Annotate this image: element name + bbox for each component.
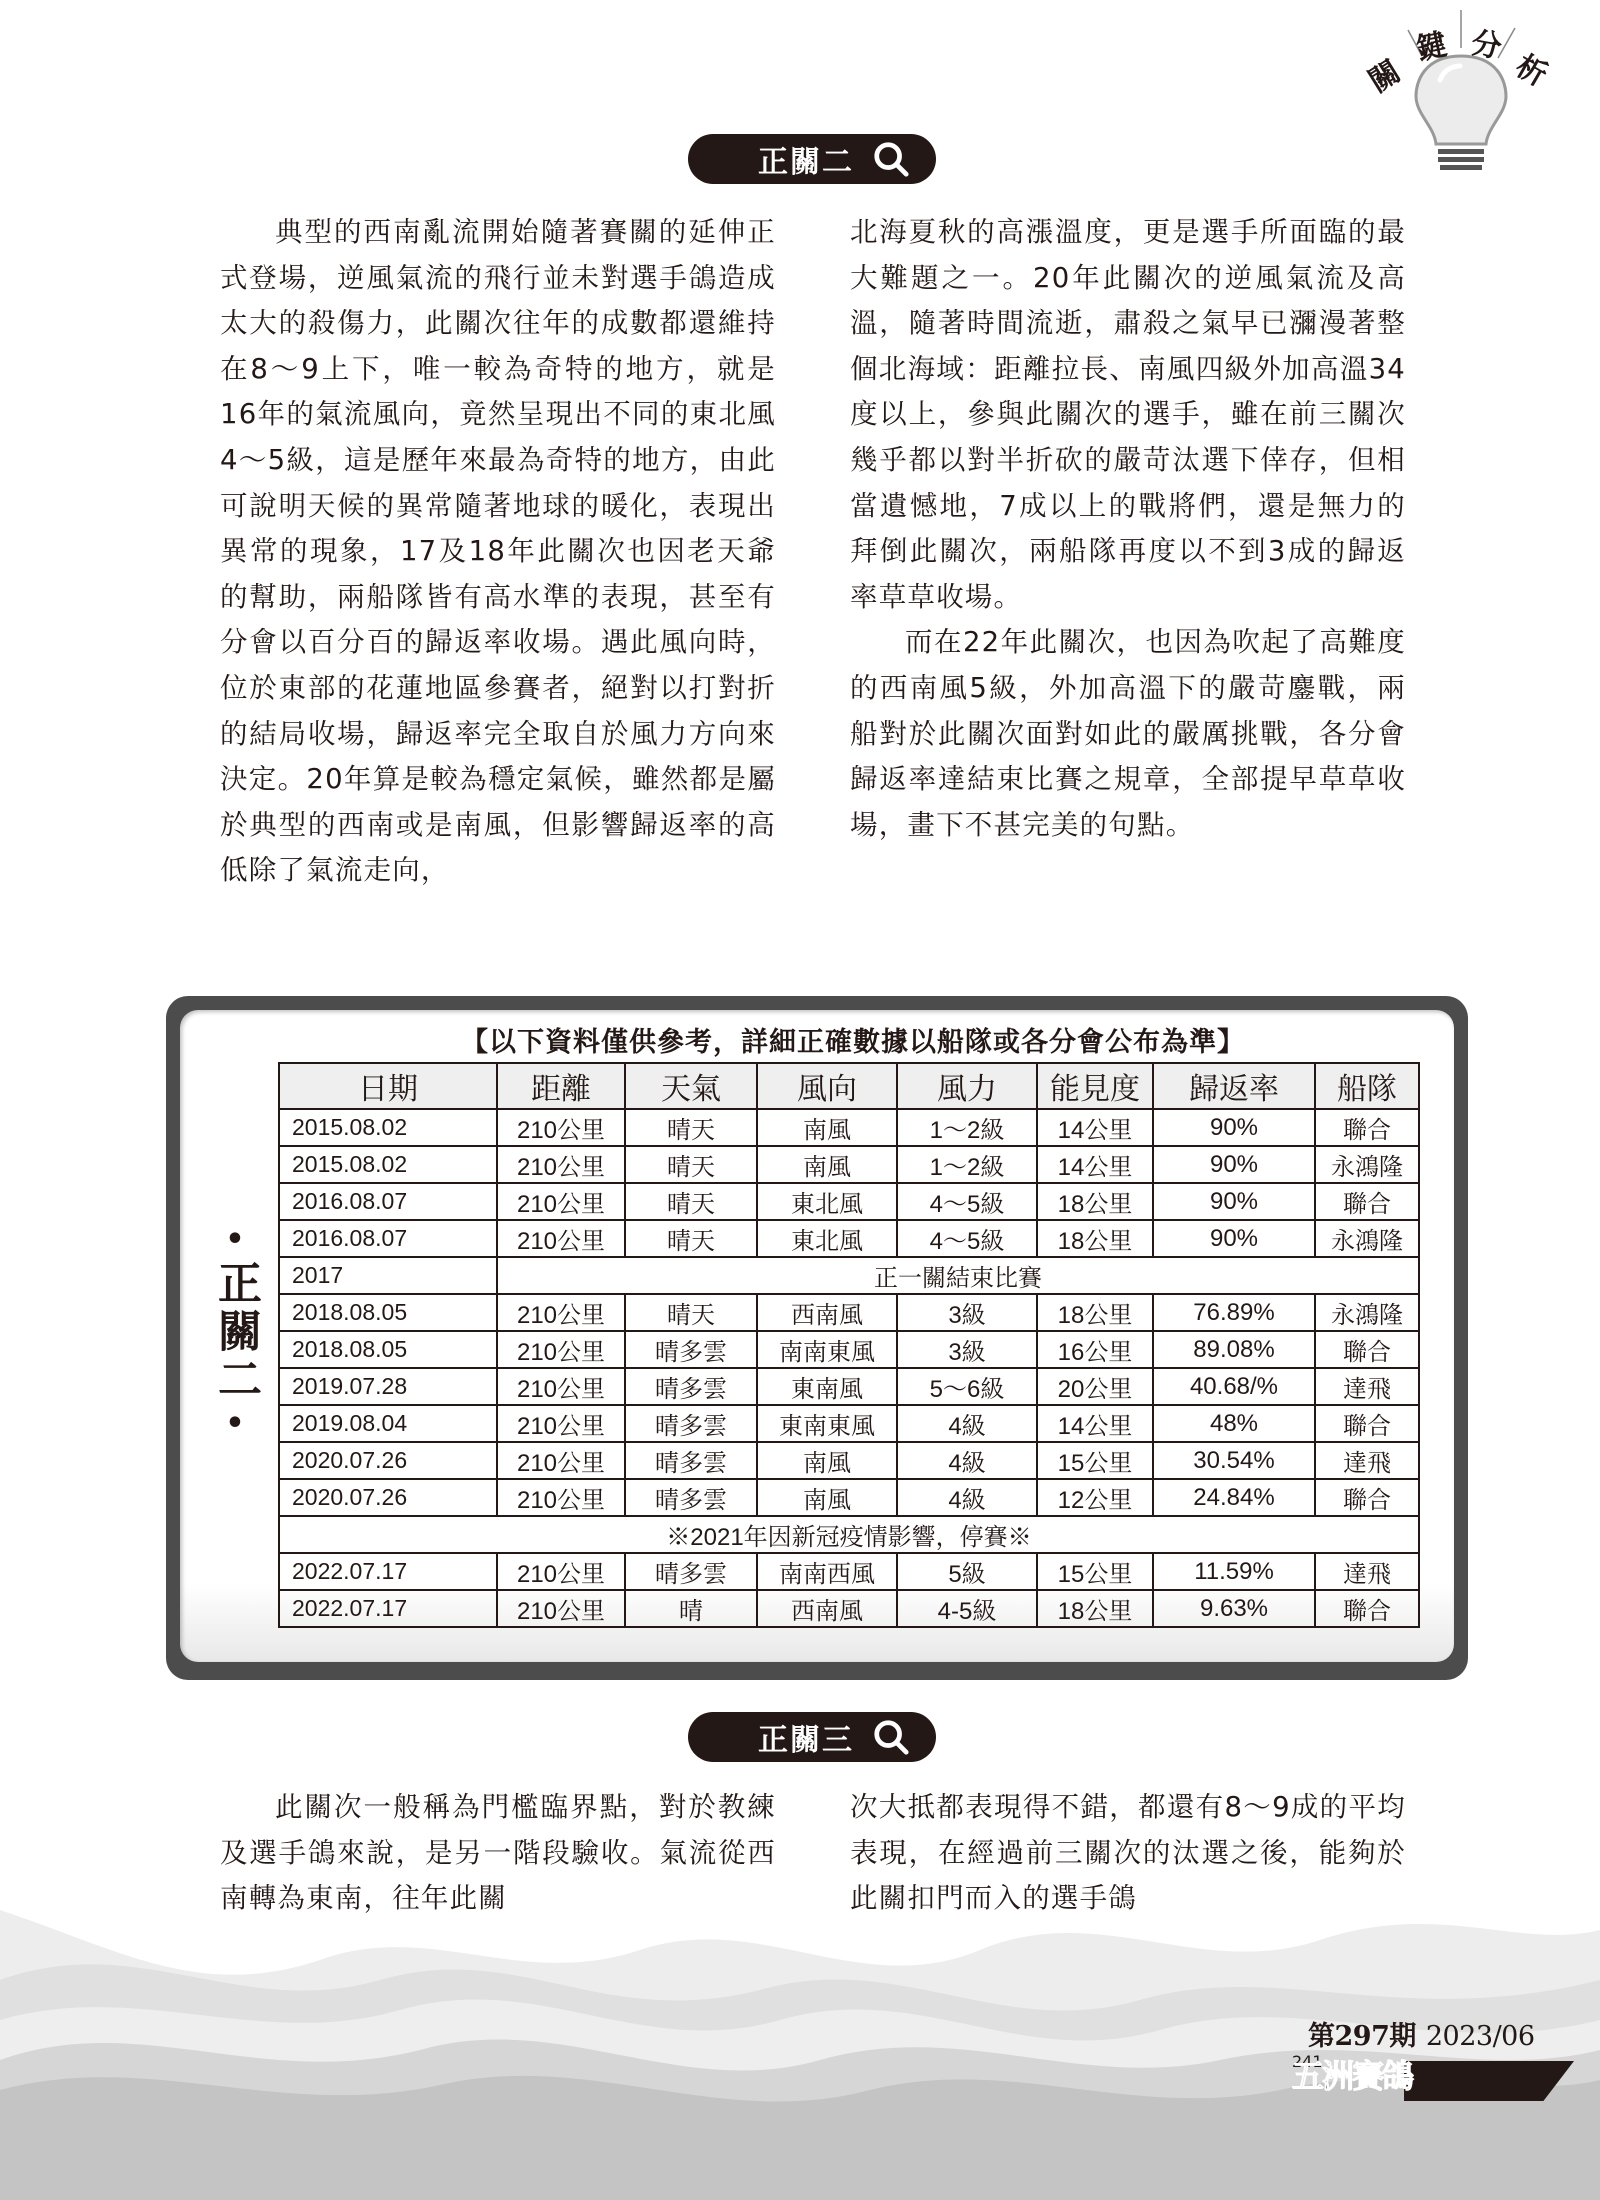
table-row: 2019.07.28210公里晴多雲東南風5～6級20公里40.68/%達飛 <box>279 1368 1419 1405</box>
cell-wind-direction: 南風 <box>757 1146 897 1183</box>
cell-visibility: 18公里 <box>1037 1183 1153 1220</box>
cell-return-rate: 90% <box>1153 1183 1315 1220</box>
section-title: 正關二 <box>758 137 854 181</box>
cell-visibility: 18公里 <box>1037 1590 1153 1627</box>
table-row: 2018.08.05210公里晴多雲南南東風3級16公里89.08%聯合 <box>279 1331 1419 1368</box>
cell-date: 2022.07.17 <box>279 1590 497 1627</box>
cell-date: 2022.07.17 <box>279 1553 497 1590</box>
table-row: 2018.08.05210公里晴天西南風3級18公里76.89%永鴻隆 <box>279 1294 1419 1331</box>
cell-return-rate: 48% <box>1153 1405 1315 1442</box>
cell-return-rate: 24.84% <box>1153 1479 1315 1516</box>
cell-return-rate: 30.54% <box>1153 1442 1315 1479</box>
section-title: 正關三 <box>758 1715 854 1759</box>
cell-date: 2015.08.02 <box>279 1146 497 1183</box>
cell-fleet: 聯合 <box>1315 1590 1419 1627</box>
magnifier-icon <box>872 1718 910 1756</box>
cell-visibility: 20公里 <box>1037 1368 1153 1405</box>
col-header-wind-force: 風力 <box>897 1063 1037 1109</box>
table-row: 2022.07.17210公里晴西南風4-5級18公里9.63%聯合 <box>279 1590 1419 1627</box>
cell-distance: 210公里 <box>497 1220 625 1257</box>
cell-distance: 210公里 <box>497 1294 625 1331</box>
cell-return-rate: 89.08% <box>1153 1331 1315 1368</box>
cell-wind-force: 4級 <box>897 1405 1037 1442</box>
cell-wind-force: 4～5級 <box>897 1220 1037 1257</box>
cell-date: 2016.08.07 <box>279 1220 497 1257</box>
cell-distance: 210公里 <box>497 1405 625 1442</box>
cell-distance: 210公里 <box>497 1442 625 1479</box>
cell-note: ※2021年因新冠疫情影響，停賽※ <box>279 1516 1419 1553</box>
cell-return-rate: 90% <box>1153 1220 1315 1257</box>
section2-left-column: 典型的西南亂流開始隨著賽關的延伸正式登場，逆風氣流的飛行並未對選手鴿造成太大的殺… <box>220 210 776 894</box>
cell-fleet: 聯合 <box>1315 1109 1419 1146</box>
section2-right-column: 北海夏秋的高漲溫度，更是選手所面臨的最大難題之一。20年此關次的逆風氣流及高溫，… <box>850 210 1406 848</box>
cell-weather: 晴天 <box>625 1146 757 1183</box>
cell-date: 2015.08.02 <box>279 1109 497 1146</box>
cell-wind-force: 1～2級 <box>897 1109 1037 1146</box>
cell-visibility: 15公里 <box>1037 1442 1153 1479</box>
cell-date: 2019.07.28 <box>279 1368 497 1405</box>
cell-fleet: 聯合 <box>1315 1183 1419 1220</box>
cell-fleet: 聯合 <box>1315 1331 1419 1368</box>
cell-fleet: 達飛 <box>1315 1553 1419 1590</box>
cell-wind-direction: 東北風 <box>757 1220 897 1257</box>
cell-weather: 晴多雲 <box>625 1442 757 1479</box>
page-number-box <box>1404 2061 1574 2101</box>
table-header-row: 日期 距離 天氣 風向 風力 能見度 歸返率 船隊 <box>279 1063 1419 1109</box>
cell-weather: 晴天 <box>625 1183 757 1220</box>
cell-distance: 210公里 <box>497 1109 625 1146</box>
issue-number: 第297期 <box>1308 2021 1416 2052</box>
cell-wind-force: 3級 <box>897 1331 1037 1368</box>
table-row: 2020.07.26210公里晴多雲南風4級15公里30.54%達飛 <box>279 1442 1419 1479</box>
table-row: 2017正一關結束比賽 <box>279 1257 1419 1294</box>
cell-distance: 210公里 <box>497 1183 625 1220</box>
cell-wind-direction: 南南東風 <box>757 1331 897 1368</box>
cell-weather: 晴天 <box>625 1294 757 1331</box>
table-row: 2019.08.04210公里晴多雲東南東風4級14公里48%聯合 <box>279 1405 1419 1442</box>
cell-weather: 晴多雲 <box>625 1368 757 1405</box>
cell-distance: 210公里 <box>497 1479 625 1516</box>
magnifier-icon <box>872 140 910 178</box>
cell-visibility: 18公里 <box>1037 1294 1153 1331</box>
cell-fleet: 聯合 <box>1315 1479 1419 1516</box>
cell-visibility: 15公里 <box>1037 1553 1153 1590</box>
table-row: 2022.07.17210公里晴多雲南南西風5級15公里11.59%達飛 <box>279 1553 1419 1590</box>
cell-fleet: 達飛 <box>1315 1442 1419 1479</box>
col-header-fleet: 船隊 <box>1315 1063 1419 1109</box>
cell-wind-force: 4～5級 <box>897 1183 1037 1220</box>
paragraph: 北海夏秋的高漲溫度，更是選手所面臨的最大難題之一。20年此關次的逆風氣流及高溫，… <box>850 210 1406 620</box>
cell-weather: 晴多雲 <box>625 1553 757 1590</box>
table-disclaimer: 【以下資料僅供參考，詳細正確數據以船隊或各分會公布為準】 <box>278 1020 1428 1059</box>
cell-distance: 210公里 <box>497 1553 625 1590</box>
cell-wind-force: 4-5級 <box>897 1590 1037 1627</box>
bullet-dot: • <box>225 1220 244 1260</box>
col-header-wind-direction: 風向 <box>757 1063 897 1109</box>
section-header-stage-3: 正關三 <box>688 1712 936 1762</box>
cell-wind-direction: 東北風 <box>757 1183 897 1220</box>
cell-visibility: 14公里 <box>1037 1146 1153 1183</box>
side-label-text: 正關二 <box>210 1260 260 1404</box>
paragraph: 而在22年此關次，也因為吹起了高難度的西南風5級，外加高溫下的嚴苛鏖戰，兩船對於… <box>850 620 1406 848</box>
cell-wind-direction: 南風 <box>757 1442 897 1479</box>
section-header-stage-2: 正關二 <box>688 134 936 184</box>
cell-date: 2018.08.05 <box>279 1331 497 1368</box>
cell-visibility: 14公里 <box>1037 1109 1153 1146</box>
cell-wind-force: 5級 <box>897 1553 1037 1590</box>
col-header-return-rate: 歸返率 <box>1153 1063 1315 1109</box>
cell-weather: 晴多雲 <box>625 1405 757 1442</box>
cell-date: 2017 <box>279 1257 497 1294</box>
cell-fleet: 永鴻隆 <box>1315 1294 1419 1331</box>
cell-return-rate: 11.59% <box>1153 1553 1315 1590</box>
col-header-date: 日期 <box>279 1063 497 1109</box>
cell-wind-direction: 南風 <box>757 1109 897 1146</box>
table-row: ※2021年因新冠疫情影響，停賽※ <box>279 1516 1419 1553</box>
cell-distance: 210公里 <box>497 1368 625 1405</box>
cell-wind-force: 1～2級 <box>897 1146 1037 1183</box>
bullet-dot: • <box>225 1404 244 1444</box>
cell-weather: 晴天 <box>625 1220 757 1257</box>
cell-note: 正一關結束比賽 <box>497 1257 1419 1294</box>
cell-fleet: 達飛 <box>1315 1368 1419 1405</box>
cell-return-rate: 76.89% <box>1153 1294 1315 1331</box>
cell-wind-direction: 東南東風 <box>757 1405 897 1442</box>
cell-visibility: 16公里 <box>1037 1331 1153 1368</box>
table-row: 2020.07.26210公里晴多雲南風4級12公里24.84%聯合 <box>279 1479 1419 1516</box>
cell-weather: 晴 <box>625 1590 757 1627</box>
table-row: 2016.08.07210公里晴天東北風4～5級18公里90%聯合 <box>279 1183 1419 1220</box>
cell-fleet: 永鴻隆 <box>1315 1146 1419 1183</box>
cell-fleet: 聯合 <box>1315 1405 1419 1442</box>
col-header-weather: 天氣 <box>625 1063 757 1109</box>
cell-distance: 210公里 <box>497 1590 625 1627</box>
cell-wind-direction: 西南風 <box>757 1294 897 1331</box>
cell-date: 2020.07.26 <box>279 1479 497 1516</box>
magazine-brand: 五洲賽鴿 <box>1292 2052 1574 2096</box>
cell-wind-direction: 西南風 <box>757 1590 897 1627</box>
cell-visibility: 12公里 <box>1037 1479 1153 1516</box>
cell-date: 2019.08.04 <box>279 1405 497 1442</box>
cell-visibility: 14公里 <box>1037 1405 1153 1442</box>
table-row: 2015.08.02210公里晴天南風1～2級14公里90%永鴻隆 <box>279 1146 1419 1183</box>
cell-date: 2016.08.07 <box>279 1183 497 1220</box>
cell-fleet: 永鴻隆 <box>1315 1220 1419 1257</box>
cell-weather: 晴多雲 <box>625 1331 757 1368</box>
cell-date: 2018.08.05 <box>279 1294 497 1331</box>
cell-return-rate: 90% <box>1153 1109 1315 1146</box>
race-results-table: 日期 距離 天氣 風向 風力 能見度 歸返率 船隊 2015.08.02210公… <box>278 1062 1420 1628</box>
col-header-visibility: 能見度 <box>1037 1063 1153 1109</box>
cell-wind-force: 3級 <box>897 1294 1037 1331</box>
cell-wind-direction: 南南西風 <box>757 1553 897 1590</box>
issue-info: 第297期2023/06 <box>1308 2014 1535 2053</box>
cell-wind-force: 4級 <box>897 1442 1037 1479</box>
cell-wind-force: 5～6級 <box>897 1368 1037 1405</box>
cell-visibility: 18公里 <box>1037 1220 1153 1257</box>
table-side-label: • 正關二 • <box>210 1220 260 1444</box>
col-header-distance: 距離 <box>497 1063 625 1109</box>
cell-return-rate: 40.68/% <box>1153 1368 1315 1405</box>
cell-return-rate: 90% <box>1153 1146 1315 1183</box>
paragraph: 典型的西南亂流開始隨著賽關的延伸正式登場，逆風氣流的飛行並未對選手鴿造成太大的殺… <box>220 210 776 894</box>
magazine-name: 五洲賽鴿 <box>1292 2051 1412 2097</box>
cell-distance: 210公里 <box>497 1331 625 1368</box>
cell-date: 2020.07.26 <box>279 1442 497 1479</box>
cell-wind-force: 4級 <box>897 1479 1037 1516</box>
cell-weather: 晴多雲 <box>625 1479 757 1516</box>
key-analysis-logo: 關 鍵 分 析 <box>1360 10 1560 170</box>
cell-wind-direction: 東南風 <box>757 1368 897 1405</box>
cell-wind-direction: 南風 <box>757 1479 897 1516</box>
cell-weather: 晴天 <box>625 1109 757 1146</box>
table-body: 2015.08.02210公里晴天南風1～2級14公里90%聯合2015.08.… <box>279 1109 1419 1627</box>
table-row: 2016.08.07210公里晴天東北風4～5級18公里90%永鴻隆 <box>279 1220 1419 1257</box>
issue-date: 2023/06 <box>1426 2021 1535 2052</box>
cell-return-rate: 9.63% <box>1153 1590 1315 1627</box>
table-row: 2015.08.02210公里晴天南風1～2級14公里90%聯合 <box>279 1109 1419 1146</box>
cell-distance: 210公里 <box>497 1146 625 1183</box>
